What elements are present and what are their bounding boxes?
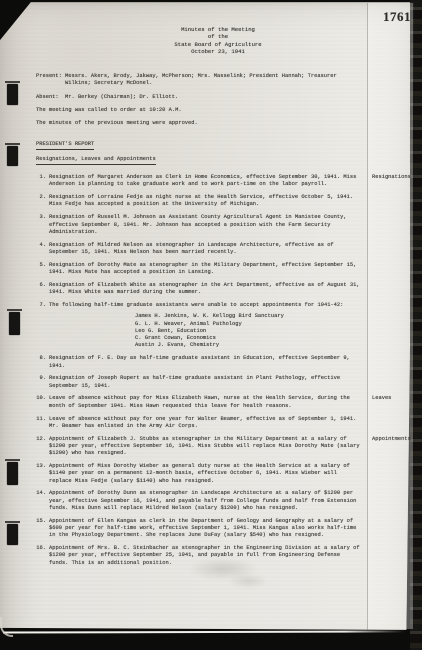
report-item: 12.Appointment of Elizabeth J. Stubbs as… (36, 436, 416, 458)
item-number: 8. (36, 355, 46, 370)
report-subtitle: Resignations, Leaves and Appointments (36, 156, 416, 165)
item-text: Leave of absence without pay for Miss El… (49, 395, 361, 410)
page-number: 1761 (383, 9, 411, 25)
item-text: Resignation of Mildred Nelson as stenogr… (49, 242, 361, 257)
item-number: 2. (36, 194, 46, 209)
binding-mark (7, 146, 18, 166)
item-text: Resignation of Russell M. Johnson as Ass… (49, 214, 361, 236)
absent-label: Absent: (36, 94, 62, 101)
item-text: Appointment of Dorothy Dunn as stenograp… (49, 490, 361, 512)
item-text: Leave of absence without pay for one yea… (49, 416, 361, 431)
present-row: Present: Messrs. Akers, Brody, Jakway, M… (36, 73, 416, 88)
item-number: 9. (36, 375, 46, 390)
item-number: 1. (36, 174, 46, 189)
item-text: Appointment of Miss Dorothy Wieber as ge… (49, 463, 361, 485)
title-line: State Board of Agriculture (118, 41, 318, 48)
item-text: Resignation of F. E. Day as half-time gr… (49, 355, 361, 370)
margin-note: Resignations (372, 174, 411, 181)
title-line: Minutes of the Meeting (118, 26, 318, 33)
item-number: 6. (36, 282, 46, 297)
report-item: 9.Resignation of Joseph Rupert as half-t… (36, 375, 416, 390)
report-item: 10.Leave of absence without pay for Miss… (36, 395, 416, 410)
item-text: The following half-time graduate assista… (49, 302, 361, 350)
absent-row: Absent: Mr. Berkey (Chairman); Dr. Ellio… (36, 94, 416, 101)
present-label: Present: (36, 73, 62, 88)
report-item: 1.Resignation of Margaret Anderson as Cl… (36, 174, 416, 189)
present-names: Messrs. Akers, Brody, Jakway, McPherson;… (65, 73, 349, 88)
page-bottom-edge-highlight (3, 630, 405, 633)
absent-names: Mr. Berkey (Chairman); Dr. Elliott. (65, 94, 349, 101)
binding-mark (9, 312, 20, 335)
item-text: Resignation of Dorothy Mate as stenograp… (49, 262, 361, 277)
document-title-block: Minutes of the Meeting of the State Boar… (118, 26, 318, 55)
report-item: 8.Resignation of F. E. Day as half-time … (36, 355, 416, 370)
item-number: 13. (36, 463, 46, 485)
item-number: 7. (36, 302, 46, 350)
report-item: 7.The following half-time graduate assis… (36, 302, 416, 350)
report-item: 15.Appointment of Ellen Kangas as clerk … (36, 518, 416, 540)
page-corner-curl (0, 617, 13, 637)
title-line: of the (118, 33, 318, 40)
item-number: 4. (36, 242, 46, 257)
item-sublist: James H. Jenkins, W. K. Kellogg Bird San… (135, 313, 361, 349)
report-item: 11.Leave of absence without pay for one … (36, 416, 416, 431)
item-number: 10. (36, 395, 46, 410)
minutes-approved-line: The minutes of the previous meeting were… (36, 120, 348, 127)
item-number: 11. (36, 416, 46, 431)
item-text: Resignation of Margaret Anderson as Cler… (49, 174, 361, 189)
report-item: 13.Appointment of Miss Dorothy Wieber as… (36, 463, 416, 485)
sublist-entry: G. L. H. Weaver, Animal Pathology (135, 321, 361, 328)
binding-mark (7, 524, 18, 545)
item-text: Appointment of Ellen Kangas as clerk in … (49, 518, 361, 540)
item-text: Appointment of Elizabeth J. Stubbs as st… (49, 436, 361, 458)
report-item: 4.Resignation of Mildred Nelson as steno… (36, 242, 416, 257)
sublist-entry: Austin J. Evans, Chemistry (135, 342, 361, 349)
item-text: Resignation of Lorraine Fedje as night n… (49, 194, 361, 209)
item-number: 14. (36, 490, 46, 512)
sublist-entry: James H. Jenkins, W. K. Kellogg Bird San… (135, 313, 361, 320)
binding-mark (7, 84, 18, 105)
report-item: 14.Appointment of Dorothy Dunn as stenog… (36, 490, 416, 512)
scanned-minutes-page: 1761 Minutes of the Meeting of the State… (0, 0, 422, 650)
called-to-order-line: The meeting was called to order at 10:20… (36, 107, 348, 114)
report-item: 3.Resignation of Russell M. Johnson as A… (36, 214, 416, 236)
report-item: 16.Appointment of Mrs. B. C. Steinbacher… (36, 545, 416, 567)
item-number: 3. (36, 214, 46, 236)
margin-note: Appointments (372, 436, 411, 443)
report-item: 6.Resignation of Elizabeth White as sten… (36, 282, 416, 297)
item-number: 12. (36, 436, 46, 458)
item-number: 5. (36, 262, 46, 277)
margin-note: Leaves (372, 395, 391, 402)
item-text: Appointment of Mrs. B. C. Steinbacher as… (49, 545, 361, 567)
report-title: PRESIDENT'S REPORT (36, 141, 416, 150)
item-number: 16. (36, 545, 46, 567)
item-number: 15. (36, 518, 46, 540)
report-items: 1.Resignation of Margaret Anderson as Cl… (36, 174, 416, 567)
page-body: Present: Messrs. Akers, Brody, Jakway, M… (36, 73, 416, 573)
title-line: October 23, 1941 (118, 48, 318, 55)
item-text: Resignation of Elizabeth White as stenog… (49, 282, 361, 297)
binding-mark (7, 462, 18, 485)
report-item: 5.Resignation of Dorothy Mate as stenogr… (36, 262, 416, 277)
report-item: 2.Resignation of Lorraine Fedje as night… (36, 194, 416, 209)
item-text: Resignation of Joseph Rupert as half-tim… (49, 375, 361, 390)
